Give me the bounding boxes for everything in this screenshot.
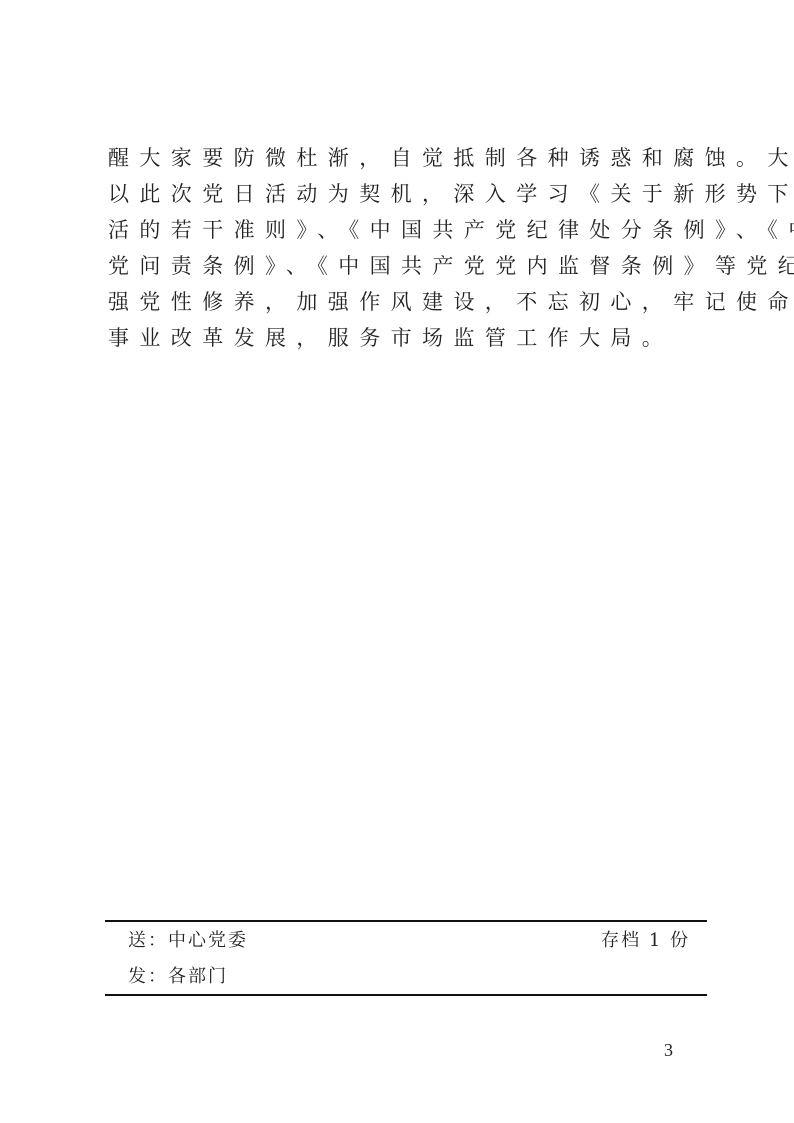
archive-copies-label: 存档 1 份 xyxy=(601,926,690,956)
body-paragraph: 醒大家要防微杜渐，自觉抵制各种诱惑和腐蚀。大家表示，要 以此次党日活动为契机，深… xyxy=(108,140,692,356)
distribute-to-label: 发：各部门 xyxy=(128,962,228,992)
paragraph-line: 强党性修养，加强作风建设，不忘初心，牢记使命，围绕代码 xyxy=(108,284,692,320)
footer-bottom-rule xyxy=(105,994,707,996)
paragraph-line: 以此次党日活动为契机，深入学习《关于新形势下党内政治生 xyxy=(108,176,692,212)
footer-distribute-row: 发：各部门 xyxy=(128,962,690,992)
paragraph-line: 活的若干准则》、《中国共产党纪律处分条例》、《中国共产 xyxy=(108,212,692,248)
page-number: 3 xyxy=(664,1040,673,1061)
footer-top-rule xyxy=(105,920,707,922)
paragraph-line: 事业改革发展，服务市场监管工作大局。 xyxy=(108,320,692,356)
paragraph-line: 党问责条例》、《中国共产党党内监督条例》等党纪党规，加 xyxy=(108,248,692,284)
send-to-label: 送：中心党委 xyxy=(128,926,248,956)
footer-send-row: 送：中心党委 存档 1 份 xyxy=(128,926,690,956)
paragraph-line: 醒大家要防微杜渐，自觉抵制各种诱惑和腐蚀。大家表示，要 xyxy=(108,140,692,176)
